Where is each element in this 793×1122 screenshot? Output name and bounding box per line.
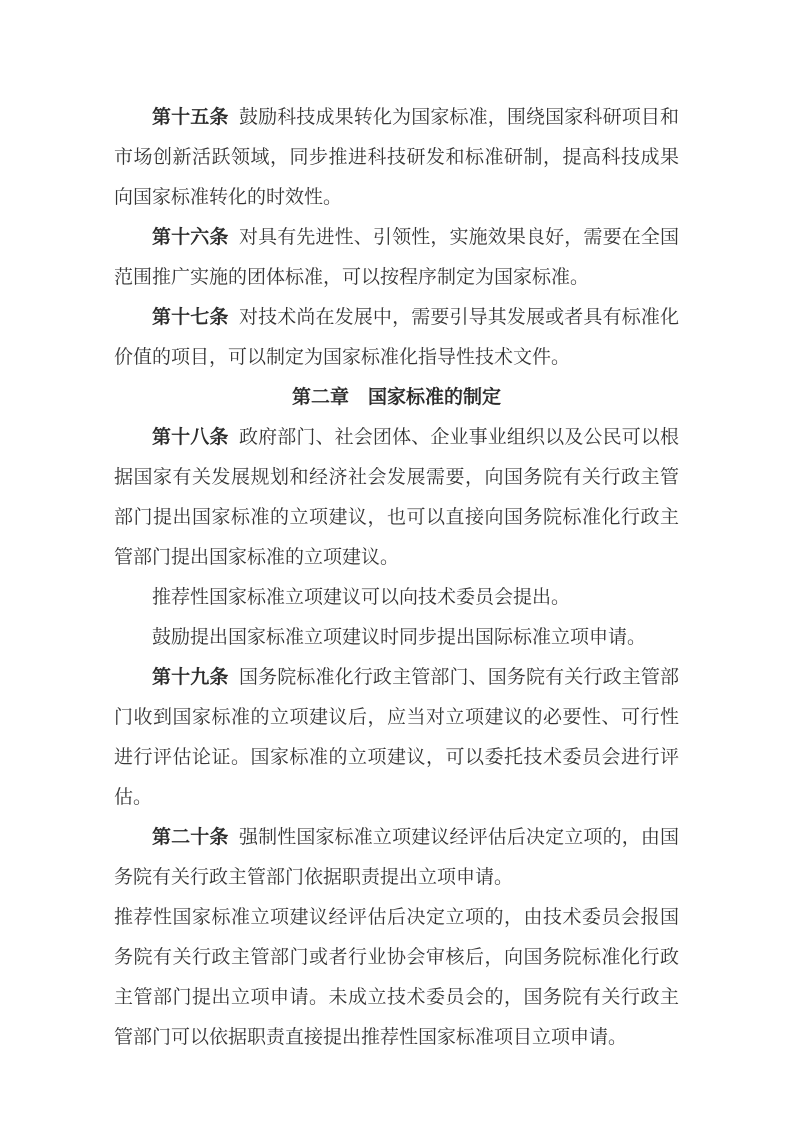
article-text: 国务院标准化行政主管部门、国务院有关行政主管部门收到国家标准的立项建议后，应当对… xyxy=(114,667,679,808)
article-number: 第十七条 xyxy=(152,307,229,328)
paragraph-indented-6: 鼓励提出国家标准立项建议时同步提出国际标准立项申请。 xyxy=(114,618,679,658)
paragraph-article-2: 第十七条对技术尚在发展中，需要引导其发展或者具有标准化价值的项目，可以制定为国家… xyxy=(114,298,679,378)
paragraph-article-8: 第二十条强制性国家标准立项建议经评估后决定立项的，由国务院有关行政主管部门依据职… xyxy=(114,818,679,898)
paragraph-article-7: 第十九条国务院标准化行政主管部门、国务院有关行政主管部门收到国家标准的立项建议后… xyxy=(114,658,679,818)
chapter-heading: 第二章 国家标准的制定 xyxy=(114,378,679,418)
article-number: 第二十条 xyxy=(152,827,229,848)
paragraph-article-0: 第十五条鼓励科技成果转化为国家标准，围绕国家科研项目和市场创新活跃领域，同步推进… xyxy=(114,98,679,218)
paragraph-article-1: 第十六条对具有先进性、引领性，实施效果良好，需要在全国范围推广实施的团体标准，可… xyxy=(114,218,679,298)
paragraph-indented-5: 推荐性国家标准立项建议可以向技术委员会提出。 xyxy=(114,578,679,618)
article-number: 第十五条 xyxy=(152,107,229,128)
article-number: 第十六条 xyxy=(152,227,229,248)
paragraph-article-4: 第十八条政府部门、社会团体、企业事业组织以及公民可以根据国家有关发展规划和经济社… xyxy=(114,418,679,578)
article-number: 第十九条 xyxy=(152,667,229,688)
document-page: 第十五条鼓励科技成果转化为国家标准，围绕国家科研项目和市场创新活跃领域，同步推进… xyxy=(0,0,793,1122)
article-number: 第十八条 xyxy=(152,427,229,448)
paragraph-flush-9: 推荐性国家标准立项建议经评估后决定立项的，由技术委员会报国务院有关行政主管部门或… xyxy=(114,898,679,1058)
document-body: 第十五条鼓励科技成果转化为国家标准，围绕国家科研项目和市场创新活跃领域，同步推进… xyxy=(0,0,793,1058)
article-text: 政府部门、社会团体、企业事业组织以及公民可以根据国家有关发展规划和经济社会发展需… xyxy=(114,427,679,568)
